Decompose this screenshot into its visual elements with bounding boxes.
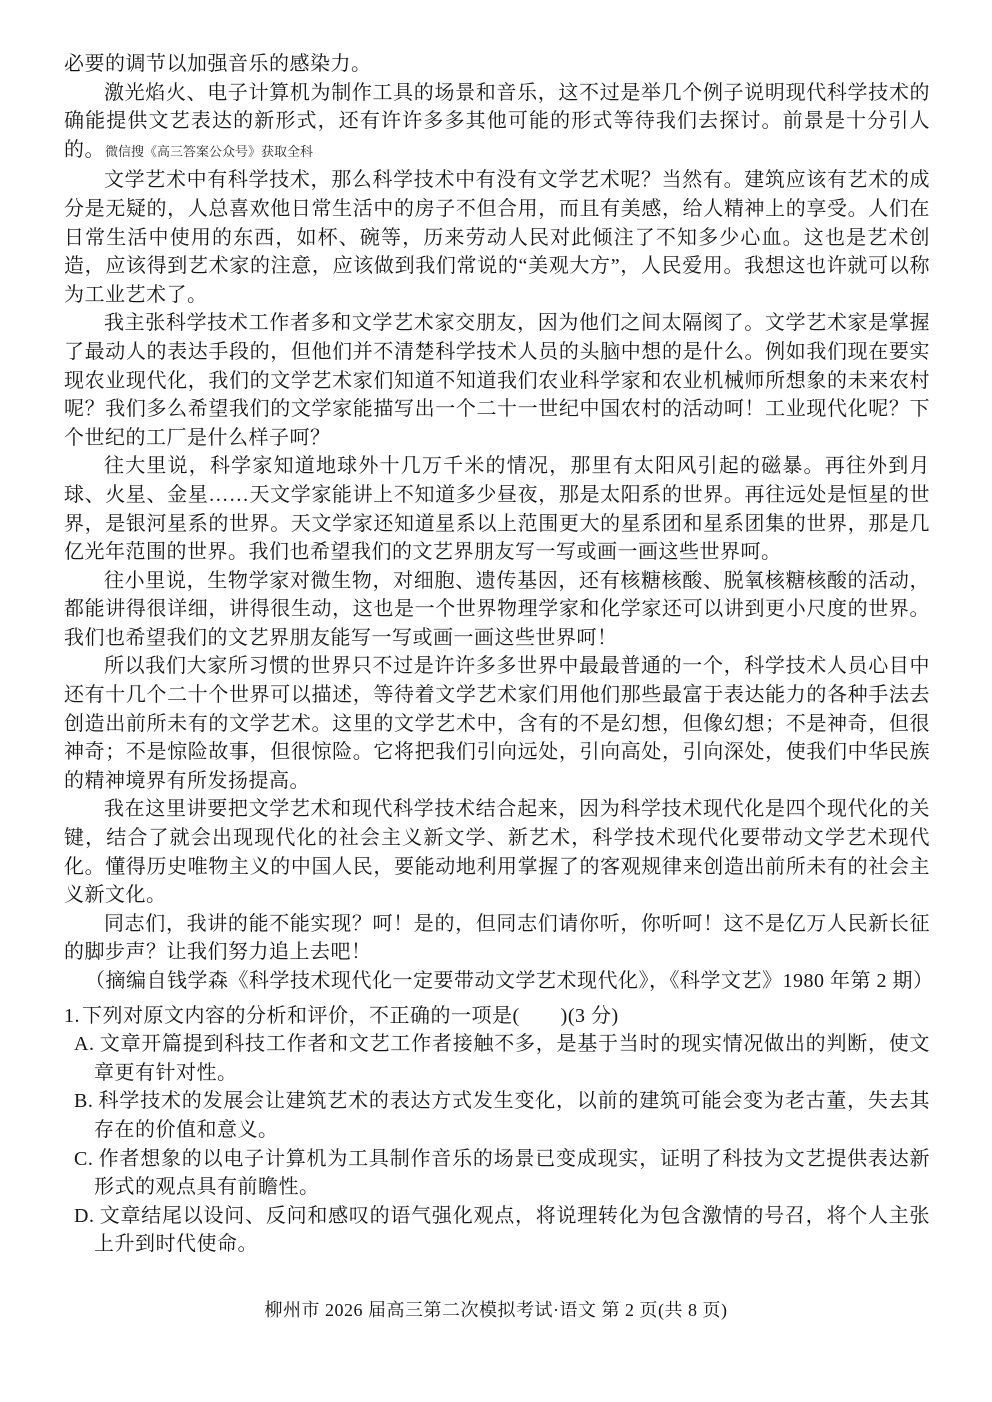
option-text: 作者想象的以电子计算机为工具制作音乐的场景已变成现实，证明了科技为文艺提供表达新… xyxy=(94,1148,930,1199)
option-label: D. xyxy=(74,1205,94,1227)
question-stem: 1.下列对原文内容的分析和评价，不正确的一项是( )(3 分) xyxy=(64,1002,930,1031)
passage-paragraph: 文学艺术中有科学技术，那么科学技术中有没有文学艺术呢？当然有。建筑应该有艺术的成… xyxy=(64,166,930,309)
passage-paragraph: 我主张科学技术工作者多和文学艺术家交朋友，因为他们之间太隔阂了。文学艺术家是掌握… xyxy=(64,309,930,452)
passage-paragraph: 往大里说，科学家知道地球外十几万千米的情况，那里有太阳风引起的磁暴。再往外到月球… xyxy=(64,452,930,566)
page-body: 必要的调节以加强音乐的感染力。 激光焰火、电子计算机为制作工具的场景和音乐，这不… xyxy=(64,50,930,1259)
passage-paragraph: 同志们，我讲的能不能实现？呵！是的，但同志们请你听，你听呵！这不是亿万人民新长征… xyxy=(64,910,930,967)
page-footer: 柳州市 2026 届高三第二次模拟考试·语文 第 2 页(共 8 页) xyxy=(0,1296,992,1322)
question-number: 1. xyxy=(64,1005,80,1027)
question-1: 1.下列对原文内容的分析和评价，不正确的一项是( )(3 分) A.文章开篇提到… xyxy=(64,1002,930,1259)
paragraph-text: 往大里说，科学家知道地球外十几万千米的情况，那里有太阳风引起的磁暴。再往外到月球… xyxy=(64,455,930,563)
passage-paragraph: 往小里说，生物学家对微生物，对细胞、遗传基因，还有核糖核酸、脱氧核糖核酸的活动，… xyxy=(64,567,930,653)
option-text: 文章结尾以设问、反问和感叹的语气强化观点，将说理转化为包含激情的号召，将个人主张… xyxy=(94,1205,930,1256)
option-label: B. xyxy=(74,1090,93,1112)
passage-paragraph: 必要的调节以加强音乐的感染力。 xyxy=(64,50,930,79)
exam-page: { "document": { "passage": { "paragraphs… xyxy=(0,0,992,1402)
question-option-a: A.文章开篇提到科技工作者和文艺工作者接触不多，是基于当时的现实情况做出的判断，… xyxy=(64,1030,930,1087)
passage-paragraph: 激光焰火、电子计算机为制作工具的场景和音乐，这不过是举几个例子说明现代科学技术的… xyxy=(64,79,930,167)
question-option-d: D.文章结尾以设问、反问和感叹的语气强化观点，将说理转化为包含激情的号召，将个人… xyxy=(64,1202,930,1259)
paragraph-text: 同志们，我讲的能不能实现？呵！是的，但同志们请你听，你听呵！这不是亿万人民新长征… xyxy=(64,913,930,964)
question-stem-text: 下列对原文内容的分析和评价，不正确的一项是( )(3 分) xyxy=(82,1005,619,1027)
passage-paragraph: 我在这里讲要把文学艺术和现代科学技术结合起来，因为科学技术现代化是四个现代化的关… xyxy=(64,795,930,909)
watermark-note: 微信搜《高三答案公众号》获取全科 xyxy=(105,144,313,159)
question-option-b: B.科学技术的发展会让建筑艺术的表达方式发生变化，以前的建筑可能会变为老古董，失… xyxy=(64,1087,930,1144)
option-label: A. xyxy=(74,1033,94,1055)
option-text: 文章开篇提到科技工作者和文艺工作者接触不多，是基于当时的现实情况做出的判断，使文… xyxy=(94,1033,930,1084)
paragraph-text: 我主张科学技术工作者多和文学艺术家交朋友，因为他们之间太隔阂了。文学艺术家是掌握… xyxy=(64,312,930,448)
passage-source-citation: （摘编自钱学森《科学技术现代化一定要带动文学艺术现代化》，《科学文艺》1980 … xyxy=(64,967,930,996)
paragraph-text: 我在这里讲要把文学艺术和现代科学技术结合起来，因为科学技术现代化是四个现代化的关… xyxy=(64,798,930,906)
option-label: C. xyxy=(74,1148,93,1170)
paragraph-text: 必要的调节以加强音乐的感染力。 xyxy=(64,53,372,75)
passage-paragraph: 所以我们大家所习惯的世界只不过是许许多多世界中最最普通的一个，科学技术人员心目中… xyxy=(64,652,930,795)
option-text: 科学技术的发展会让建筑艺术的表达方式发生变化，以前的建筑可能会变为老古董，失去其… xyxy=(94,1090,930,1141)
paragraph-text: 文学艺术中有科学技术，那么科学技术中有没有文学艺术呢？当然有。建筑应该有艺术的成… xyxy=(64,169,930,305)
paragraph-text: 所以我们大家所习惯的世界只不过是许许多多世界中最最普通的一个，科学技术人员心目中… xyxy=(64,655,930,791)
question-option-c: C.作者想象的以电子计算机为工具制作音乐的场景已变成现实，证明了科技为文艺提供表… xyxy=(64,1145,930,1202)
paragraph-text: 往小里说，生物学家对微生物，对细胞、遗传基因，还有核糖核酸、脱氧核糖核酸的活动，… xyxy=(64,570,930,649)
